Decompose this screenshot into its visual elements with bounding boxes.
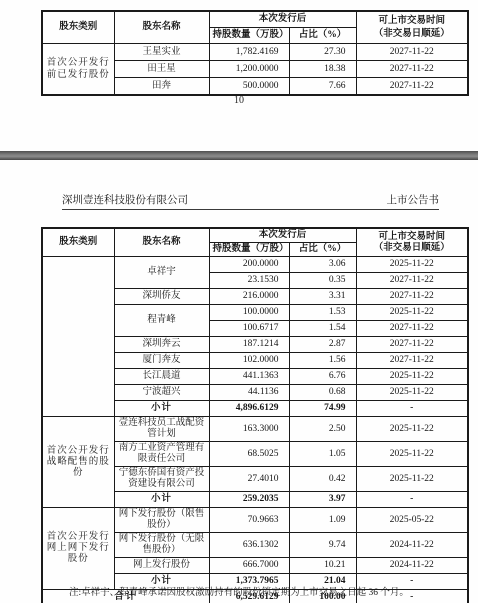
table-row: 首次公开发行 网上网下发行 股份网下发行股份（限售 股份）70.96631.09… bbox=[42, 508, 468, 533]
table-cell: 2.87 bbox=[289, 337, 356, 353]
table-cell: 2025-11-22 bbox=[356, 369, 468, 385]
table-cell: 1.56 bbox=[289, 353, 356, 369]
table-cell: 0.68 bbox=[289, 385, 356, 401]
shareholder-table-page2: 股东类别 股东名称 本次发行后 可上市交易时间 （非交易日顺延） 持股数量（万股… bbox=[41, 227, 469, 603]
table-cell: 636.1302 bbox=[209, 533, 289, 558]
table-cell: 2024-11-22 bbox=[356, 558, 468, 574]
table-cell: 深圳侨友 bbox=[114, 289, 209, 305]
col-header-pct: 占比（%） bbox=[289, 28, 356, 44]
table-cell: 2025-11-22 bbox=[356, 257, 468, 273]
col-header-name: 股东名称 bbox=[114, 228, 209, 257]
table-cell: 网上发行股份 bbox=[114, 558, 209, 574]
table-cell: 田奔 bbox=[114, 78, 209, 96]
table-cell: 68.5025 bbox=[209, 442, 289, 467]
table-cell: 程青峰 bbox=[114, 305, 209, 337]
table-cell: 666.7000 bbox=[209, 558, 289, 574]
table-cell: 2027-11-22 bbox=[356, 337, 468, 353]
table-row: 卓祥宇200.00003.062025-11-22 bbox=[42, 257, 468, 273]
table-cell: 网下发行股份（限售 股份） bbox=[114, 508, 209, 533]
table-cell: 187.1214 bbox=[209, 337, 289, 353]
table-cell: 2025-11-22 bbox=[356, 442, 468, 467]
table-cell: 6.76 bbox=[289, 369, 356, 385]
table-cell: 厦门奔友 bbox=[114, 353, 209, 369]
table-cell: 首次公开发行 战略配售的股 份 bbox=[42, 417, 114, 508]
page-break-separator bbox=[0, 151, 478, 160]
table-cell: 0.42 bbox=[289, 467, 356, 492]
col-header-tradable-time-line2: （非交易日顺延） bbox=[360, 28, 465, 41]
table-cell: 深圳奔云 bbox=[114, 337, 209, 353]
table-cell: 壹连科技员工战配资 管计划 bbox=[114, 417, 209, 442]
table-cell: 259.2035 bbox=[209, 492, 289, 508]
col-header-tradable-time: 可上市交易时间 （非交易日顺延） bbox=[356, 228, 468, 257]
col-header-tradable-time-line1: 可上市交易时间 bbox=[360, 232, 465, 243]
table-cell: 102.0000 bbox=[209, 353, 289, 369]
shareholder-table-page1: 股东类别 股东名称 本次发行后 可上市交易时间 （非交易日顺延） 持股数量（万股… bbox=[41, 10, 469, 96]
table-cell: 2024-11-22 bbox=[356, 533, 468, 558]
table-cell: 2027-11-22 bbox=[356, 44, 468, 61]
document-header: 深圳壹连科技股份有限公司 上市公告书 bbox=[62, 192, 439, 210]
col-header-after-issue: 本次发行后 bbox=[209, 228, 356, 243]
table-cell: 3.31 bbox=[289, 289, 356, 305]
table-cell: 2027-11-22 bbox=[356, 353, 468, 369]
table-cell: 长江晨道 bbox=[114, 369, 209, 385]
table-cell: 2025-11-22 bbox=[356, 305, 468, 321]
document-page: 股东类别 股东名称 本次发行后 可上市交易时间 （非交易日顺延） 持股数量（万股… bbox=[0, 0, 478, 603]
table-cell: 2025-05-22 bbox=[356, 508, 468, 533]
col-header-tradable-time-line1: 可上市交易时间 bbox=[360, 15, 465, 28]
table-cell: 500.0000 bbox=[209, 78, 289, 96]
table-cell: 7.66 bbox=[289, 78, 356, 96]
table-cell: 1.05 bbox=[289, 442, 356, 467]
table-cell: 27.4010 bbox=[209, 467, 289, 492]
table-cell: 3.06 bbox=[289, 257, 356, 273]
table-cell: 0.35 bbox=[289, 273, 356, 289]
table-cell: 2027-11-22 bbox=[356, 61, 468, 78]
col-header-qty: 持股数量（万股） bbox=[209, 28, 289, 44]
table-cell: 10.21 bbox=[289, 558, 356, 574]
table-header: 股东类别 股东名称 本次发行后 可上市交易时间 （非交易日顺延） 持股数量（万股… bbox=[42, 228, 468, 257]
page-number: 10 bbox=[0, 95, 478, 106]
table-cell: 王星实业 bbox=[114, 44, 209, 61]
company-name: 深圳壹连科技股份有限公司 bbox=[62, 192, 188, 207]
table-cell: 100.6717 bbox=[209, 321, 289, 337]
table-cell: 3.97 bbox=[289, 492, 356, 508]
table-cell: 小计 bbox=[114, 401, 209, 417]
table-cell: 首次公开发行 网上网下发行 股份 bbox=[42, 508, 114, 590]
table-cell: 首次公开发行 前已发行股份 bbox=[42, 44, 114, 96]
table-cell: 1.54 bbox=[289, 321, 356, 337]
table-cell: 2027-11-22 bbox=[356, 78, 468, 96]
table-cell: 2025-11-22 bbox=[356, 417, 468, 442]
table-cell: 23.1530 bbox=[209, 273, 289, 289]
table-cell: 宁德东侨国有资产投 资建设有限公司 bbox=[114, 467, 209, 492]
table-cell: 70.9663 bbox=[209, 508, 289, 533]
table-cell: 2025-11-22 bbox=[356, 385, 468, 401]
table-cell: 2.50 bbox=[289, 417, 356, 442]
table-cell: - bbox=[356, 401, 468, 417]
table-cell: 18.38 bbox=[289, 61, 356, 78]
table-cell: 卓祥宇 bbox=[114, 257, 209, 289]
table-cell: 27.30 bbox=[289, 44, 356, 61]
table-header: 股东类别 股东名称 本次发行后 可上市交易时间 （非交易日顺延） 持股数量（万股… bbox=[42, 11, 468, 44]
table-cell: - bbox=[356, 492, 468, 508]
table-cell: 1.53 bbox=[289, 305, 356, 321]
table-cell: 1,200.0000 bbox=[209, 61, 289, 78]
table-cell: 网下发行股份（无限 售股份） bbox=[114, 533, 209, 558]
table-cell: 2025-11-22 bbox=[356, 467, 468, 492]
table-cell: 74.99 bbox=[289, 401, 356, 417]
table-body: 首次公开发行 前已发行股份王星实业1,782.416927.302027-11-… bbox=[42, 44, 468, 96]
table-cell: 2027-11-22 bbox=[356, 321, 468, 337]
table-cell: 4,896.6129 bbox=[209, 401, 289, 417]
col-header-pct: 占比（%） bbox=[289, 243, 356, 257]
col-header-qty: 持股数量（万股） bbox=[209, 243, 289, 257]
table-cell bbox=[42, 257, 114, 417]
col-header-tradable-time-line2: （非交易日顺延） bbox=[360, 243, 465, 254]
table-cell: 44.1136 bbox=[209, 385, 289, 401]
footnote: 注:卓祥宇、程青峰承诺因股权激励持有的股份锁定期为上市交易之日起 36 个月。 bbox=[0, 584, 478, 598]
table-body: 卓祥宇200.00003.062025-11-2223.15300.352027… bbox=[42, 257, 468, 603]
col-header-category: 股东类别 bbox=[42, 228, 114, 257]
table-cell: 2027-11-22 bbox=[356, 273, 468, 289]
table-cell: 1,782.4169 bbox=[209, 44, 289, 61]
table-cell: 216.0000 bbox=[209, 289, 289, 305]
table-row: 首次公开发行 战略配售的股 份壹连科技员工战配资 管计划163.30002.50… bbox=[42, 417, 468, 442]
document-type: 上市公告书 bbox=[387, 192, 440, 207]
col-header-tradable-time: 可上市交易时间 （非交易日顺延） bbox=[356, 11, 468, 44]
table-cell: 100.0000 bbox=[209, 305, 289, 321]
table-cell: 200.0000 bbox=[209, 257, 289, 273]
col-header-after-issue: 本次发行后 bbox=[209, 11, 356, 28]
table-cell: 小计 bbox=[114, 492, 209, 508]
table-cell: 宁波超兴 bbox=[114, 385, 209, 401]
table-cell: 田王星 bbox=[114, 61, 209, 78]
col-header-name: 股东名称 bbox=[114, 11, 209, 44]
table-row: 首次公开发行 前已发行股份王星实业1,782.416927.302027-11-… bbox=[42, 44, 468, 61]
col-header-category: 股东类别 bbox=[42, 11, 114, 44]
table-cell: 9.74 bbox=[289, 533, 356, 558]
table-cell: 163.3000 bbox=[209, 417, 289, 442]
table-cell: 1.09 bbox=[289, 508, 356, 533]
table-cell: 441.1363 bbox=[209, 369, 289, 385]
table-cell: 南方工业资产管理有 限责任公司 bbox=[114, 442, 209, 467]
table-cell: 2027-11-22 bbox=[356, 289, 468, 305]
